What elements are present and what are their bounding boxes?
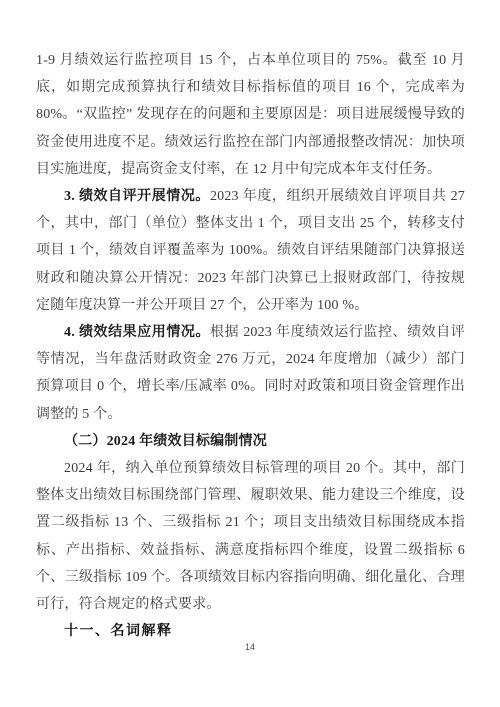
paragraph-text-run: 2024 年，纳入单位预算绩效目标管理的项目 20 个。其中，部门整体支出绩效目…: [36, 461, 465, 612]
heading-2024-target-compilation: （二）2024 年绩效目标编制情况: [36, 428, 465, 455]
paragraph-text-run: 1-9 月绩效运行监控项目 15 个，占本单位项目的 75%。截至 10 月底，…: [36, 53, 465, 177]
paragraph-monitoring-continued: 1-9 月绩效运行监控项目 15 个，占本单位项目的 75%。截至 10 月底，…: [36, 47, 465, 183]
paragraph-self-evaluation: 3. 绩效自评开展情况。2023 年度，组织开展绩效自评项目共 27 个，其中，…: [36, 183, 465, 319]
paragraph-text-run: 2023 年度，组织开展绩效自评项目共 27 个，其中，部门（单位）整体支出 1…: [36, 189, 465, 313]
paragraph-2024-target-detail: 2024 年，纳入单位预算绩效目标管理的项目 20 个。其中，部门整体支出绩效目…: [36, 455, 465, 618]
document-page: 1-9 月绩效运行监控项目 15 个，占本单位项目的 75%。截至 10 月底，…: [0, 0, 500, 707]
paragraph-heading-run: 4. 绩效结果应用情况。: [64, 325, 210, 340]
document-body: 1-9 月绩效运行监控项目 15 个，占本单位项目的 75%。截至 10 月底，…: [36, 47, 465, 645]
paragraph-result-application: 4. 绩效结果应用情况。根据 2023 年度绩效运行监控、绩效自评等情况，当年盘…: [36, 319, 465, 428]
page-number: 14: [0, 642, 500, 652]
paragraph-heading-run: 十一、名词解释: [64, 624, 173, 639]
paragraph-heading-run: 3. 绩效自评开展情况。: [64, 189, 210, 204]
paragraph-heading-run: （二）2024 年绩效目标编制情况: [64, 434, 267, 449]
